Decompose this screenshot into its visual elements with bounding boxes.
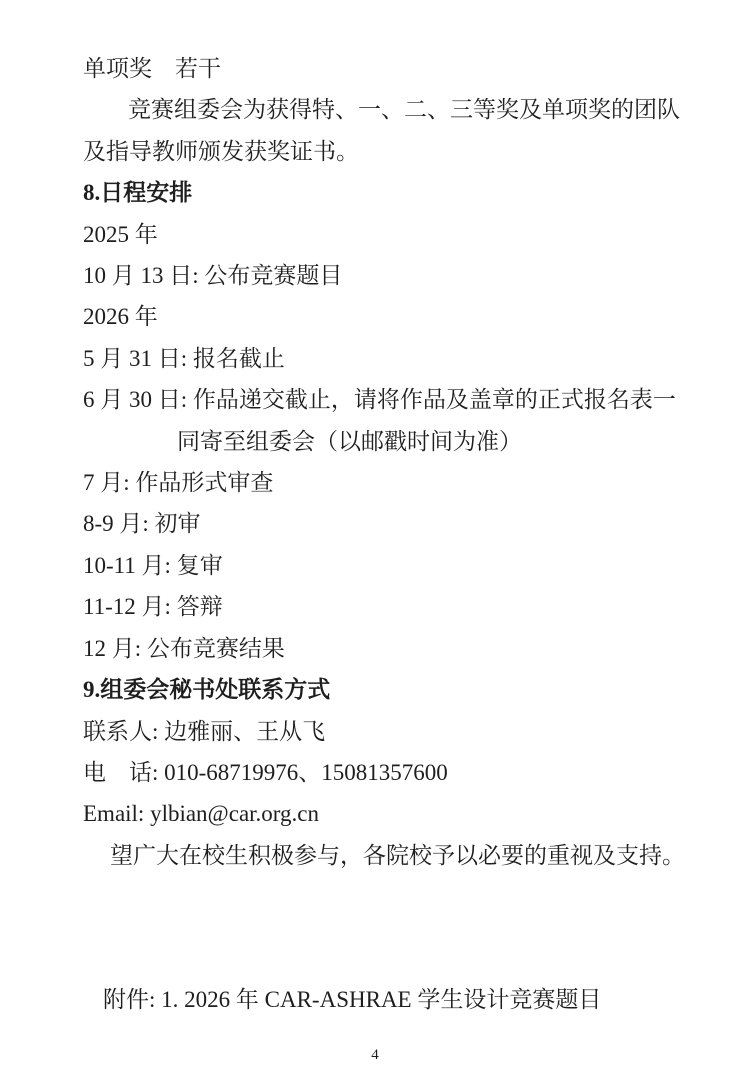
schedule-item-topic-release: 10 月 13 日: 公布竞赛题目: [83, 255, 703, 296]
schedule-item-defense: 11-12 月: 答辩: [83, 586, 703, 627]
document-page: 单项奖 若干 竞赛组委会为获得特、一、二、三等奖及单项奖的团队 及指导教师颁发获…: [0, 0, 750, 1091]
section-heading-schedule: 8.日程安排: [83, 172, 703, 213]
schedule-item-format-review: 7 月: 作品形式审查: [83, 462, 703, 503]
schedule-item-submission-deadline-cont: 同寄至组委会（以邮戳时间为准）: [83, 421, 703, 462]
attachment-line: 附件: 1. 2026 年 CAR-ASHRAE 学生设计竞赛题目: [83, 979, 703, 1020]
email-line: Email: ylbian@car.org.cn: [83, 793, 703, 834]
schedule-item-first-review: 8-9 月: 初审: [83, 503, 703, 544]
award-special-line: 单项奖 若干: [83, 48, 703, 89]
closing-sentence: 望广大在校生积极参与，各院校予以必要的重视及支持。: [83, 835, 703, 876]
phone-line: 电 话: 010-68719976、15081357600: [83, 752, 703, 793]
schedule-item-submission-deadline: 6 月 30 日: 作品递交截止，请将作品及盖章的正式报名表一: [83, 379, 703, 420]
contact-person-line: 联系人: 边雅丽、王从飞: [83, 711, 703, 752]
schedule-item-second-review: 10-11 月: 复审: [83, 545, 703, 586]
schedule-year-2025: 2025 年: [83, 214, 703, 255]
schedule-item-results: 12 月: 公布竞赛结果: [83, 628, 703, 669]
section-heading-contact: 9.组委会秘书处联系方式: [83, 669, 703, 710]
award-certificate-paragraph: 竞赛组委会为获得特、一、二、三等奖及单项奖的团队: [83, 89, 703, 130]
page-number: 4: [0, 1046, 750, 1064]
award-certificate-paragraph-cont: 及指导教师颁发获奖证书。: [83, 131, 703, 172]
document-body: 单项奖 若干 竞赛组委会为获得特、一、二、三等奖及单项奖的团队 及指导教师颁发获…: [83, 48, 703, 1021]
schedule-year-2026: 2026 年: [83, 296, 703, 337]
schedule-item-registration-deadline: 5 月 31 日: 报名截止: [83, 338, 703, 379]
